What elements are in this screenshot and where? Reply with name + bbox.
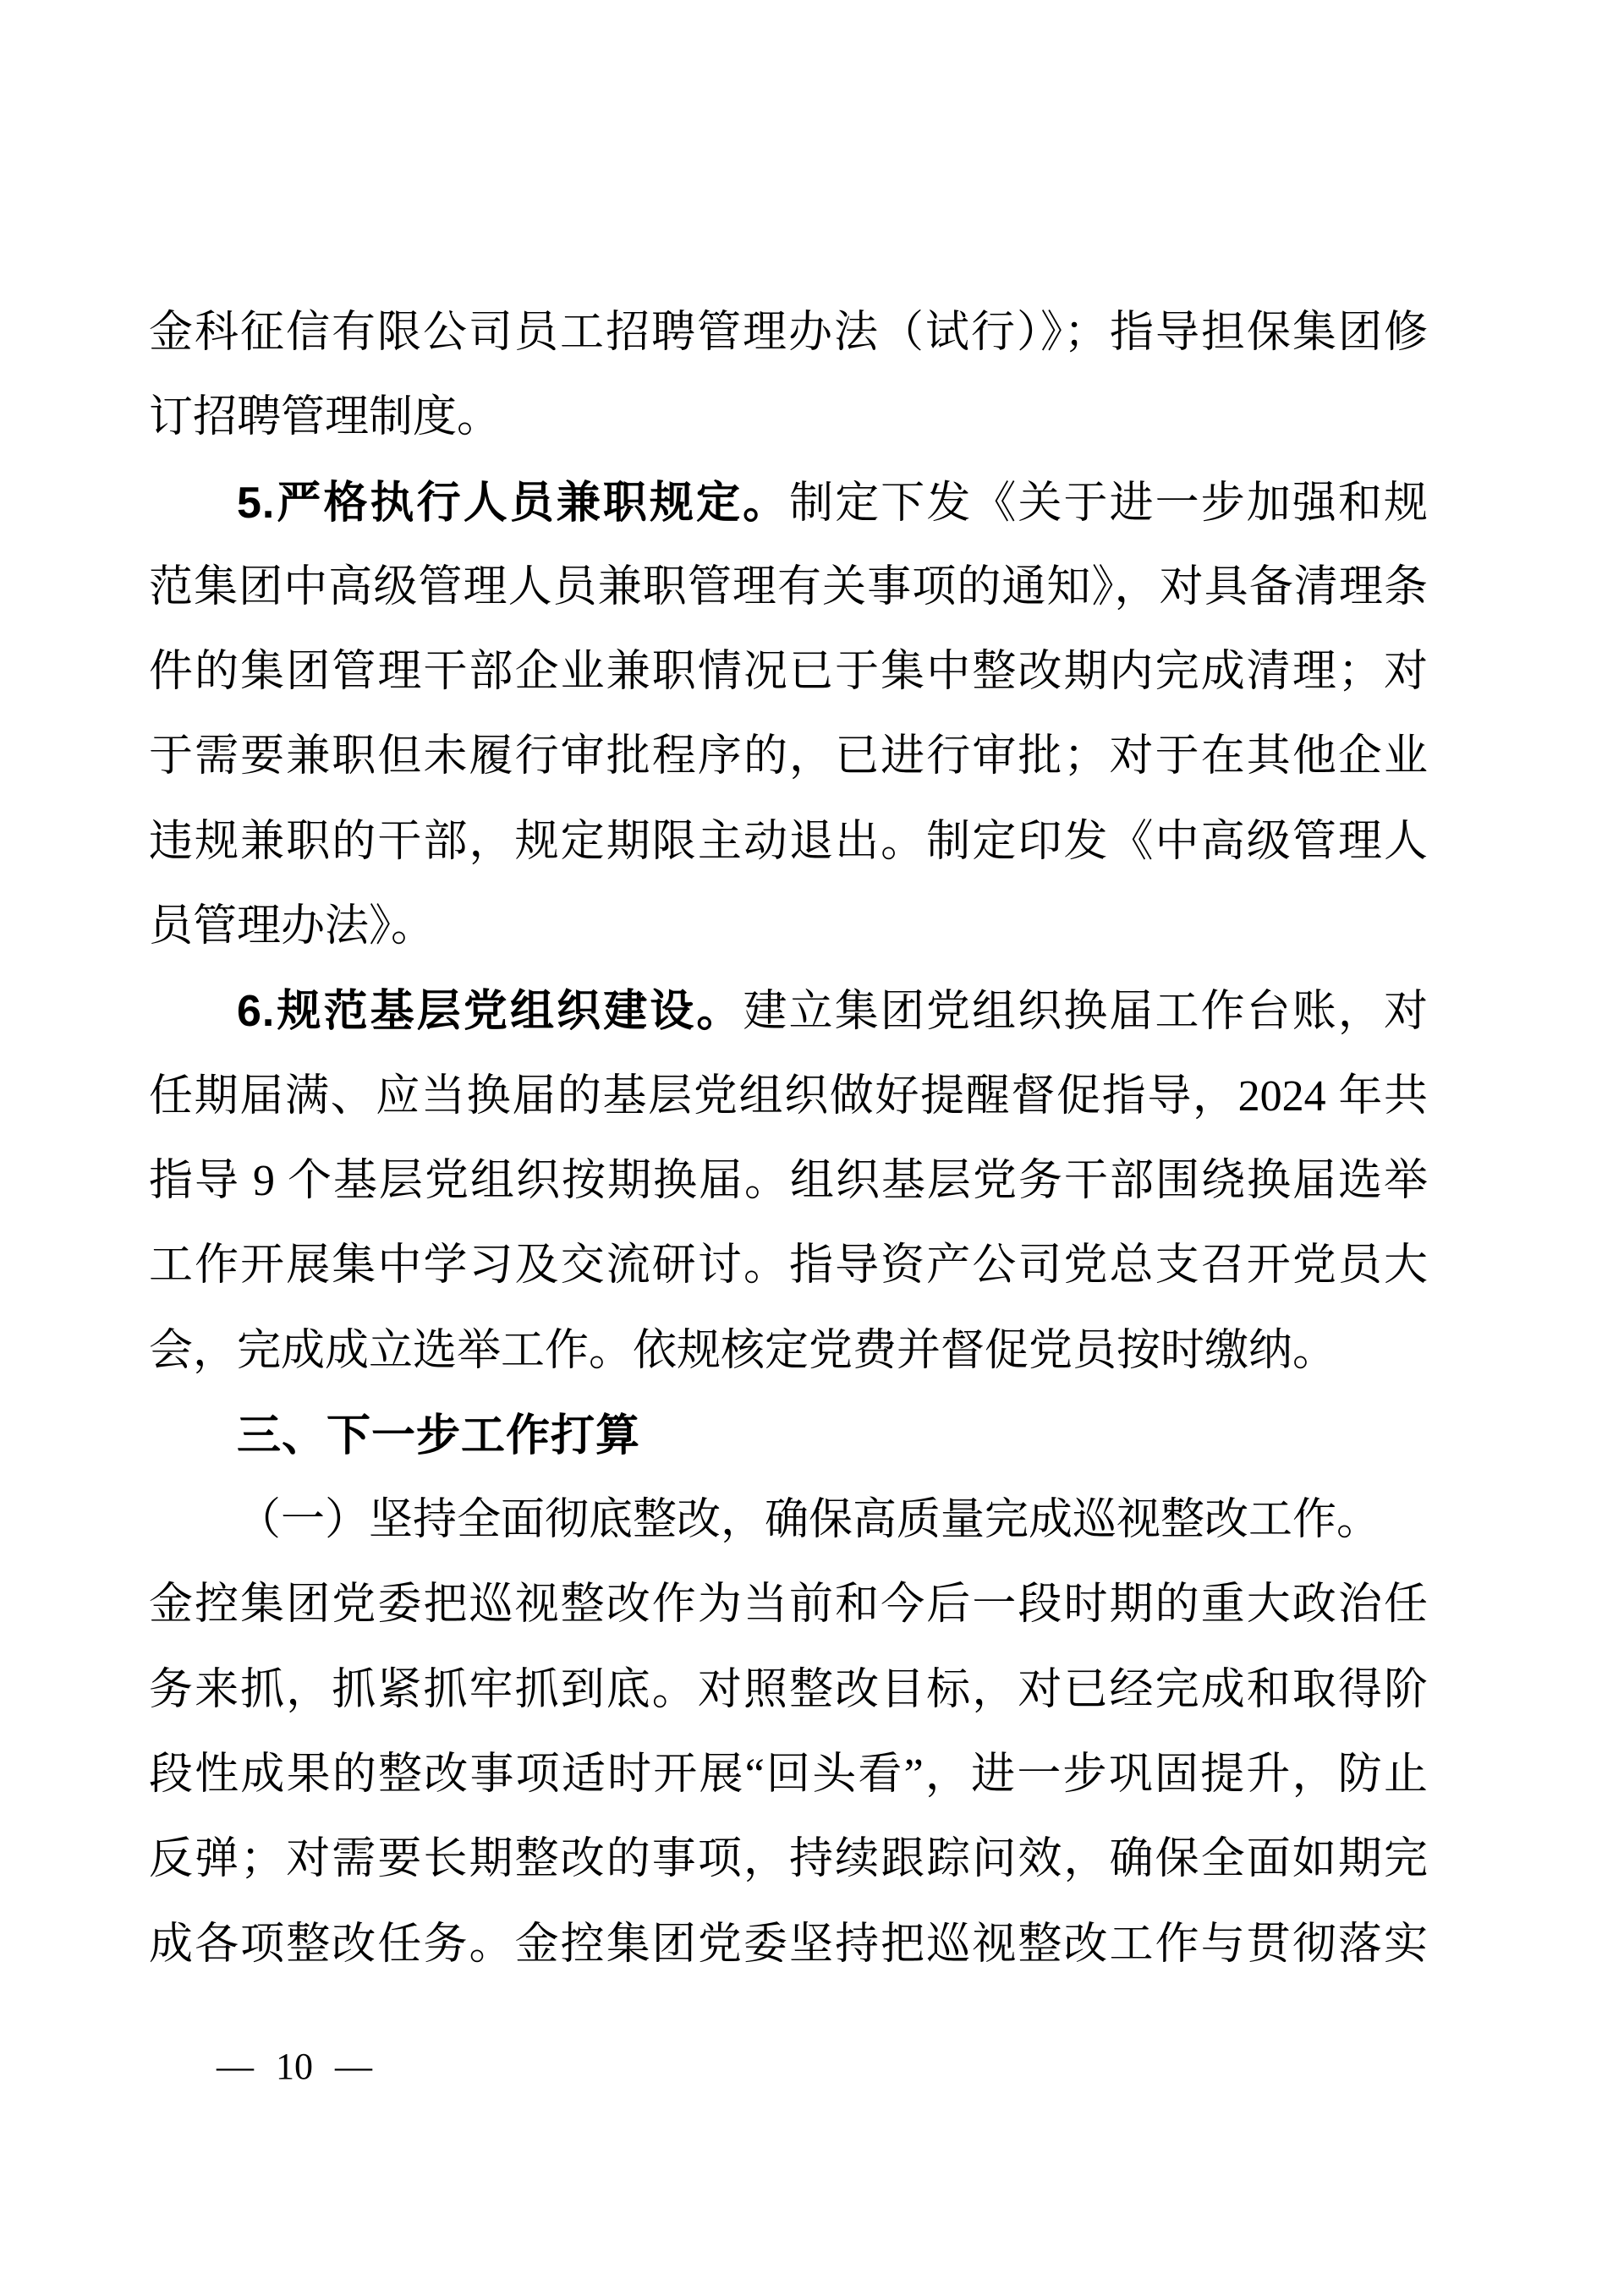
text-run: 件的集团管理干部企业兼职情况已于集中整改期内完成清理；对 — [149, 648, 1428, 696]
document-body: 金科征信有限公司员工招聘管理办法（试行）》；指导担保集团修 订招聘管理制度。 5… — [149, 291, 1428, 1987]
body-line: 范集团中高级管理人员兼职管理有关事项的通知》，对具备清理条 — [149, 545, 1428, 630]
text-run: 段性成果的整改事项适时开展“回头看”，进一步巩固提升，防止 — [149, 1751, 1428, 1799]
body-line: 金科征信有限公司员工招聘管理办法（试行）》；指导担保集团修 — [149, 291, 1428, 375]
text-run: 违规兼职的干部，规定期限主动退出。制定印发《中高级管理人 — [149, 818, 1428, 866]
body-line: 段性成果的整改事项适时开展“回头看”，进一步巩固提升，防止 — [149, 1733, 1428, 1817]
page-footer: — 10 — — [217, 2045, 372, 2089]
bold-run: 三、下一步工作打算 — [237, 1411, 640, 1460]
text-run: 任期届满、应当换届的基层党组织做好提醒督促指导，2024 年共 — [149, 1072, 1428, 1121]
text-run: 建立集团党组织换届工作台账，对 — [743, 988, 1428, 1036]
text-run: 指导 9 个基层党组织按期换届。组织基层党务干部围绕换届选举 — [149, 1157, 1428, 1205]
body-line: 反弹；对需要长期整改的事项，持续跟踪问效，确保全面如期完 — [149, 1817, 1428, 1902]
body-line: 金控集团党委把巡视整改作为当前和今后一段时期的重大政治任 — [149, 1563, 1428, 1647]
page-number: 10 — [276, 2045, 313, 2089]
body-line: 于需要兼职但未履行审批程序的，已进行审批；对于在其他企业 — [149, 715, 1428, 799]
body-line: 5.严格执行人员兼职规定。制定下发《关于进一步加强和规 — [149, 461, 1428, 545]
text-run: 订招聘管理制度。 — [149, 393, 501, 441]
footer-dash-left: — — [217, 2045, 254, 2089]
text-run: 金科征信有限公司员工招聘管理办法（试行）》；指导担保集团修 — [149, 309, 1428, 357]
text-run: 工作开展集中学习及交流研讨。指导资产公司党总支召开党员大 — [149, 1241, 1428, 1290]
text-run: 成各项整改任务。金控集团党委坚持把巡视整改工作与贯彻落实 — [149, 1921, 1428, 1969]
body-line: 务来抓，抓紧抓牢抓到底。对照整改目标，对已经完成和取得阶 — [149, 1648, 1428, 1733]
body-line: 工作开展集中学习及交流研讨。指导资产公司党总支召开党员大 — [149, 1224, 1428, 1308]
text-run: 务来抓，抓紧抓牢抓到底。对照整改目标，对已经完成和取得阶 — [149, 1666, 1428, 1714]
bold-run: 6.规范基层党组织建设。 — [237, 987, 743, 1036]
body-line: 订招聘管理制度。 — [149, 375, 1428, 460]
body-line: 指导 9 个基层党组织按期换届。组织基层党务干部围绕换届选举 — [149, 1139, 1428, 1224]
text-run: 会，完成成立选举工作。依规核定党费并督促党员按时缴纳。 — [149, 1327, 1336, 1375]
body-line: 违规兼职的干部，规定期限主动退出。制定印发《中高级管理人 — [149, 800, 1428, 885]
body-line: 任期届满、应当换届的基层党组织做好提醒督促指导，2024 年共 — [149, 1055, 1428, 1139]
text-run: 金控集团党委把巡视整改作为当前和今后一段时期的重大政治任 — [149, 1581, 1428, 1629]
body-line: 成各项整改任务。金控集团党委坚持把巡视整改工作与贯彻落实 — [149, 1903, 1428, 1987]
body-line: 件的集团管理干部企业兼职情况已于集中整改期内完成清理；对 — [149, 630, 1428, 715]
text-run: 制定下发《关于进一步加强和规 — [789, 479, 1428, 528]
subsection-heading: （一）坚持全面彻底整改，确保高质量完成巡视整改工作。 — [149, 1478, 1428, 1563]
text-run: 员管理办法》。 — [149, 902, 435, 951]
section-heading: 三、下一步工作打算 — [149, 1394, 1428, 1478]
text-run: 反弹；对需要长期整改的事项，持续跟踪问效，确保全面如期完 — [149, 1835, 1428, 1883]
text-run: 范集团中高级管理人员兼职管理有关事项的通知》，对具备清理条 — [149, 563, 1428, 611]
footer-dash-right: — — [335, 2045, 372, 2089]
body-line: 会，完成成立选举工作。依规核定党费并督促党员按时缴纳。 — [149, 1309, 1428, 1394]
text-run: 于需要兼职但未履行审批程序的，已进行审批；对于在其他企业 — [149, 732, 1428, 781]
body-line: 6.规范基层党组织建设。建立集团党组织换届工作台账，对 — [149, 969, 1428, 1054]
text-run: （一）坚持全面彻底整改，确保高质量完成巡视整改工作。 — [237, 1496, 1380, 1544]
bold-run: 5.严格执行人员兼职规定。 — [237, 479, 789, 528]
document-page: 金科征信有限公司员工招聘管理办法（试行）》；指导担保集团修 订招聘管理制度。 5… — [0, 0, 1624, 2296]
body-line: 员管理办法》。 — [149, 885, 1428, 969]
